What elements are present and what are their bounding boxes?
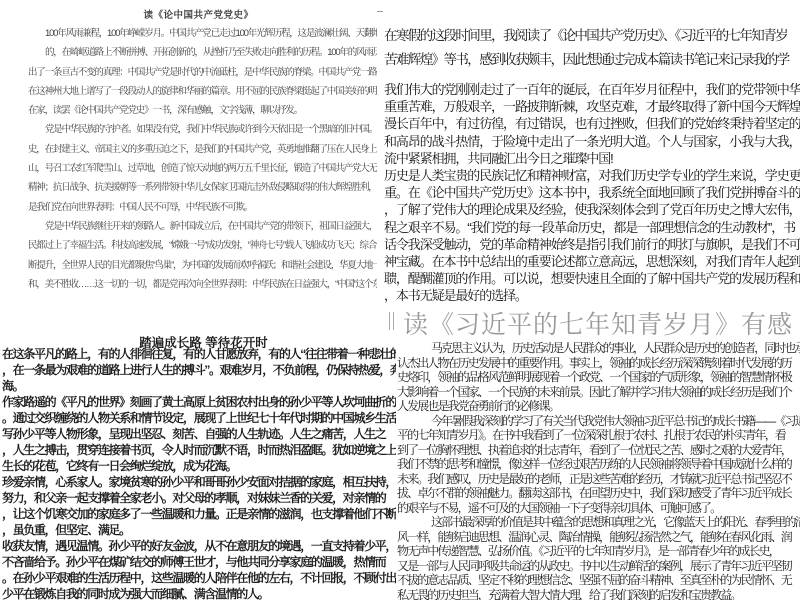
- text-line: 。在孙少平艰难的生活历程中，这些温暖的人陪伴在他的左右，不计回报，不顾付出: [2, 570, 407, 586]
- text-line: 又是一部与人民同呼吸共命运的从政史。书中以生动鲜活的案例，展示了青年习近平坚韧: [397, 559, 800, 574]
- text-line: 史，在封建主义、帝国主义的多重压迫之下，是我们的中国共产党，英勇地推翻了压在人民…: [28, 140, 377, 159]
- text-line: 这部书最深厚的价值是其中蕴含的思想和真理之光，它像蓝天上的阳光、春季里的清: [397, 515, 800, 530]
- essay-reading-notes: 在寒假的这段时间里，我阅读了《论中国共产党历史》、《习近平的七年知青岁 苦难辉煌…: [383, 0, 800, 306]
- text-line: ，让这个饥寒交加的家庭多了一些温暖和力量。正是亲情的滋润，也支撑着他们不断: [2, 506, 407, 522]
- essay-title: 读《习近平的七年知青岁月》有感: [396, 305, 800, 341]
- essay-seven-years-review: 读《习近平的七年知青岁月》有感 马克思主义认为，历史活动是人民群众的事业，人民群…: [396, 302, 800, 600]
- essay-title: 读《论中国共产党党史》: [0, 7, 377, 21]
- text-line: 拔、卓尔不群的领袖魅力。翻读这部书，在回望历史中，我们深切感受了青年习近平成长: [397, 486, 800, 501]
- text-line: ，了解了党伟大的理论成果及经验，使我深刻体会到了党百年历史之博大宏伟，: [384, 201, 800, 218]
- essay-body: 100年风雨兼程，100年峥嵘岁月。中国共产党已走过100年光辉历程，这是波澜壮…: [28, 24, 377, 294]
- text-line: 民都过上了幸福生活。科技高速发展，“嫦娥一号”成功发射，“神舟七号”载人飞船成功…: [28, 236, 377, 255]
- text-line: 未来。我们感叹，历史是最好的老师，正是这些苦难的经历，才铸就习近平总书记坚忍不: [397, 472, 800, 487]
- text-line: 是我们党在向世界表明：中国人民不可辱，中华民族不可欺。: [28, 198, 377, 217]
- text-line: 党是中华民族继往开来的领路人。新中国成立后，在中国共产党的带领下，祖国日益强大，…: [28, 217, 377, 236]
- text-line: 收获友情，遇见温情。孙少平的好友金波，从不在意朋友的境遇，一直支持着少平，: [2, 538, 407, 554]
- text-line: 神宝藏。在本书中总结出的重要论述都立意高远，思想深刻，对我们青年人起到: [384, 253, 800, 270]
- text-line: 聩，醍醐灌顶的作用。可以说，想要快速且全面的了解中国共产党的发展历程和: [384, 270, 800, 287]
- text-line: 风一样，能够启迪思想、温润心灵、陶冶情操，能够弘扬浩然之气，能够在春风化雨、润: [397, 530, 800, 545]
- text-line: 今年暑假我深刻的学习了有关当代我党伟大领袖习近平总书记的成长书籍——《习近: [397, 414, 800, 429]
- text-line: 流中紧紧相拥，共同融汇出今日之璀璨中国!: [384, 150, 800, 167]
- text-line: 到了一位胸怀理想、执着追求的壮志青年，看到了一位忧民之苦、感时之艰的大爱青年，: [397, 443, 800, 458]
- text-line: 物无声中传递智慧、弘扬价值。《习近平的七年知青岁月》，是一部青春少年的成长史，: [397, 544, 800, 559]
- text-line: 不吝啬给予。孙少平在煤矿结交的师傅王世才，与他共同分享家庭的温暖，热情而: [2, 554, 407, 570]
- text-line: ，在一条最为艰难的道路上进行人生的搏斗”。艰难岁月，不负前程，仍保持热爱，奔: [2, 362, 407, 378]
- text-line: 不拔的意志品质、坚定不移的理想信念、坚强不屈的奋斗精神、至真至朴的为民情怀、无: [397, 573, 800, 588]
- text-line: 海。: [2, 378, 407, 394]
- text-line: 在这条平凡的路上，有的人徘徊往复，有的人甘愿放弃，有的人“往往带着一种悲壮的: [2, 346, 407, 362]
- text-line: 珍爱亲情，心系家人。家境贫寒的孙少平和哥哥孙少安面对拮据的家庭，相互扶持，: [2, 474, 407, 490]
- text-line: 党是中华民族的守护者。如果没有党，我们中华民族或许到今天依旧是一个黑暗的旧中国。…: [28, 120, 377, 139]
- essay-body: 在这条平凡的路上，有的人徘徊往复，有的人甘愿放弃，有的人“往往带着一种悲壮的 ，…: [2, 346, 407, 600]
- text-line: 私无畏的历史担当，充满着大智大情大理，给了我们深刻的启发和宝贵教益。: [397, 588, 800, 600]
- text-line: 断提升，全世界人民的目光都聚焦“鸟巢”，为中国的发展而欢呼雀跃；和谐社会建设，华…: [28, 256, 377, 275]
- text-line: 少平在锻炼自我的同时成为强大而细腻、满含温情的人。: [2, 586, 407, 600]
- text-line: ，虽负重，但坚定、满足。: [2, 522, 407, 538]
- text-line: 100年风雨兼程，100年峥嵘岁月。中国共产党已走过100年光辉历程，这是波澜壮…: [28, 24, 377, 43]
- text-line: 马克思主义认为，历史活动是人民群众的事业，人民群众是历史的创造者，同时也承: [397, 341, 800, 356]
- text-line: 程之艰辛不易。“我们党的每一段革命历史，都是一部理想信念的生动教材”，书: [384, 219, 800, 236]
- essay-party-history-review: 读《论中国共产党党史》 100年风雨兼程，100年峥嵘岁月。中国共产党已走过10…: [0, 0, 377, 302]
- text-line: 话令我深受触动，党的革命精神始终是指引我们前行的明灯与旗帜，是我们不可: [384, 236, 800, 253]
- text-line: 历史是人类宝贵的民族记忆和精神财富，对我们历史学专业的学生来说，学史更: [384, 167, 800, 184]
- text-line: 在寒假的这段时间里，我阅读了《论中国共产党历史》、《习近平的七年知青岁: [384, 24, 800, 48]
- essay-ordinary-world-review: 踏遍成长路 等待花开时 在这条平凡的路上，有的人徘徊往复，有的人甘愿放弃，有的人…: [0, 330, 407, 600]
- essay-body: 我们伟大的党刚刚走过了一百年的诞辰，在百年岁月征程中，我们的党带领中华 重重苦难…: [384, 81, 800, 305]
- essay-body: 马克思主义认为，历史活动是人民群众的事业，人民群众是历史的创造者，同时也承 认杰…: [397, 341, 800, 600]
- text-line: 的艰辛与不易，遥不可及的大国领袖一下子变得亲切具体、可触可感了。: [397, 501, 800, 516]
- text-line: 平的七年知青岁月》。在书中我看到了一位深深扎根于农村、扎根于农民的朴实青年，看: [397, 428, 800, 443]
- text-line: 漫长百年中，有过彷徨，有过错误，也有过挫败，但我们的党始终秉持着坚定的: [384, 115, 800, 132]
- text-line: 在家，读罢《论中国共产党党史》一书，深有感触，文字浅薄，聊以抒发。: [28, 101, 377, 120]
- text-line: 出了一条亘古不变的真理：中国共产党是时代的中流砥柱，是中华民族的脊梁。中国共产党…: [28, 63, 377, 82]
- text-line: 我们伟大的党刚刚走过了一百年的诞辰，在百年岁月征程中，我们的党带领中华: [384, 81, 800, 98]
- text-line: 大影响着一个国家、一个民族的未来前景。因此了解并学习伟大领袖的成长经历是我们个: [397, 385, 800, 400]
- text-line: 人发展也是我党奋勇前行的必修课。: [397, 399, 800, 414]
- text-line: 史烙印，领袖的品格风范鲜明展现着一个政党、一个国家的气质形象，领袖的智慧情怀极: [397, 370, 800, 385]
- text-line: 精神；抗日战争、抗美援朝等一系列带领中华儿女保家卫国抗击外敌侵略取得的伟大辉煌胜…: [28, 178, 377, 197]
- text-line: 作家路遥的《平凡的世界》刻画了黄土高原上贫困农村出身的孙少平等人坎坷曲折的: [2, 394, 407, 410]
- text-line: 生长的花苞，它终有一日会绚烂绽放，成为花海。: [2, 458, 407, 474]
- text-line: 和，美不胜收……这一切的一切，都是党再次向全世界表明：中华民族在日益强大，“中国…: [28, 275, 377, 294]
- text-line: 努力，和父亲一起支撑着全家老小。对父母的孝顺，对妹妹兰香的关爱，对亲情的: [2, 490, 407, 506]
- text-line: 认杰出人物在历史发展中的重要作用。事实上，领袖的成长经历深深镌刻着时代发展的历: [397, 356, 800, 371]
- text-line: 和高昂的战斗热情，于险境中走出了一条光明大道。个人与国家，小我与大我，: [384, 133, 800, 150]
- text-line: 重。在《论中国共产党历史》这本书中，我系统全面地回顾了我们党拼搏奋斗的: [384, 184, 800, 201]
- text-line: 在这神州大地上谱写了一段段动人的旋律和华丽的篇章。用不屈的民族脊梁挺起了中国美好…: [28, 82, 377, 101]
- text-line: 山，号召工农红军爬雪山、过草地，创造了惊天动地的两万五千里长征，锻造了中国共产党…: [28, 159, 377, 178]
- text-line: 的，在崎岖道路上不断拼搏、开拓创新的，从挫折乃至失败走向胜利的历程。100年的风…: [28, 43, 377, 62]
- text-line: ，人生之搏击，贯穿连接着书页，令人时而沉默不语，时而热泪盈眶。犹如逆境之上: [2, 442, 407, 458]
- text-line: 苦难辉煌》等书，感到收获颇丰，因此想通过完成本篇读书笔记来记录我的学: [384, 48, 800, 72]
- text-line: 我们不禁的思考和憧憬，像这样一位经过艰苦历练的人民领袖将领导着中国成就什么样的: [397, 457, 800, 472]
- text-line: 重重苦难，万般艰辛，一路披荆斩棘，攻坚克难，才最终取得了新中国今天辉煌: [384, 98, 800, 115]
- text-line: 写孙少平等人物形象，呈现出坚忍、刻苦、自强的人生轨迹。人生之痛苦，人生之: [2, 426, 407, 442]
- text-line: 。通过交织缠绕的人物关系和情节设定，展现了上世纪七十年代时期的中国城乡生活: [2, 410, 407, 426]
- essay-intro: 在寒假的这段时间里，我阅读了《论中国共产党历史》、《习近平的七年知青岁 苦难辉煌…: [384, 24, 800, 71]
